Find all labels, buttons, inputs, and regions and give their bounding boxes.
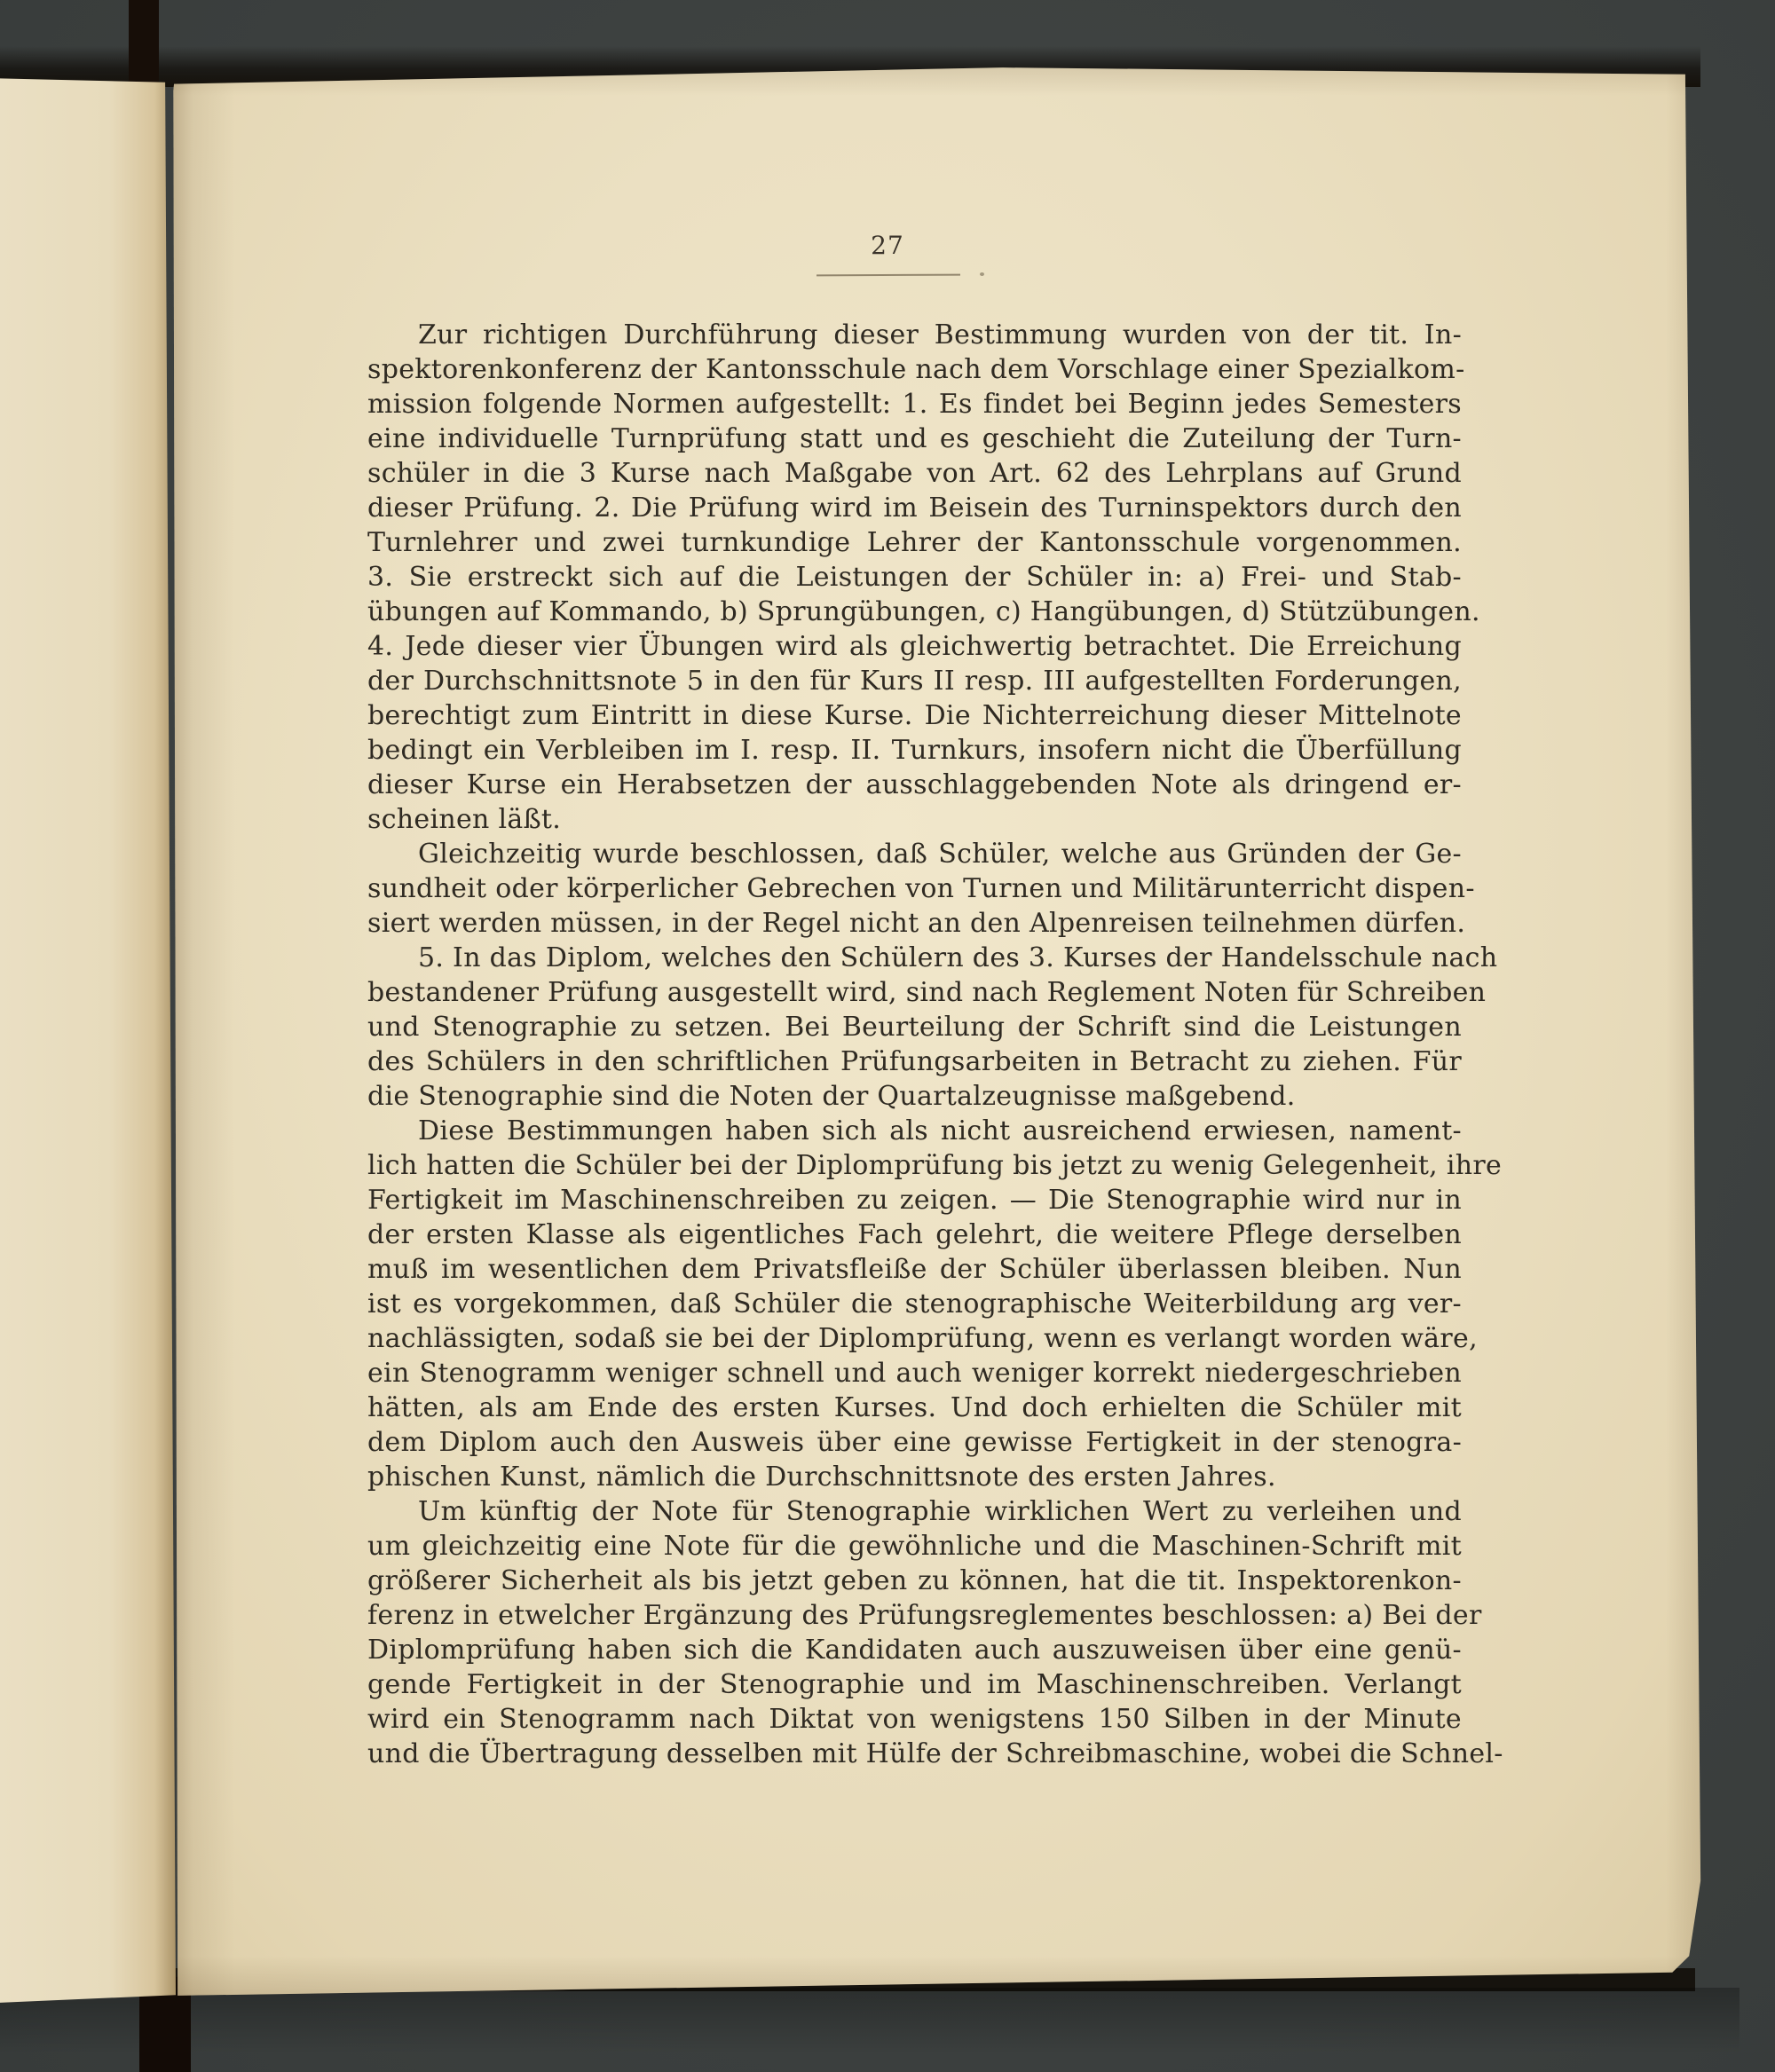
text-line: um gleichzeitig eine Note für die gewöhn… — [367, 1529, 1462, 1564]
facing-page-edge — [0, 75, 176, 2004]
text-line: nachlässigten, sodaß sie bei der Diplomp… — [367, 1321, 1462, 1356]
scan-background: 27 Zur richtigen Durchführung dieser Bes… — [0, 0, 1775, 2072]
ink-speck — [980, 272, 984, 276]
text-line: der ersten Klasse als eigentliches Fach … — [367, 1217, 1462, 1252]
text-line: siert werden müssen, in der Regel nicht … — [367, 906, 1462, 941]
ribbon-marker-icon — [129, 0, 159, 86]
text-line: dem Diplom auch den Ausweis über eine ge… — [367, 1425, 1462, 1460]
text-line: bestandener Prüfung ausgestellt wird, si… — [367, 975, 1462, 1010]
text-line: spektorenkonferenz der Kantonsschule nac… — [367, 352, 1462, 387]
text-line: Diese Bestimmungen haben sich als nicht … — [367, 1114, 1462, 1148]
text-line: Diplomprüfung haben sich die Kandidaten … — [367, 1633, 1462, 1667]
text-line: dieser Prüfung. 2. Die Prüfung wird im B… — [367, 491, 1462, 525]
text-line: eine individuelle Turnprüfung statt und … — [367, 421, 1462, 456]
text-line: wird ein Stenogramm nach Diktat von weni… — [367, 1702, 1462, 1737]
text-line: die Stenographie sind die Noten der Quar… — [367, 1079, 1462, 1114]
page-bottom-shadow — [0, 1988, 1739, 2054]
text-line: schüler in die 3 Kurse nach Maßgabe von … — [367, 456, 1462, 491]
text-line: berechtigt zum Eintritt in diese Kurse. … — [367, 698, 1462, 733]
text-line: scheinen läßt. — [367, 802, 1462, 837]
text-line: 3. Sie erstreckt sich auf die Leistungen… — [367, 560, 1462, 595]
text-line: gende Fertigkeit in der Stenographie und… — [367, 1667, 1462, 1702]
text-line: ferenz in etwelcher Ergänzung des Prüfun… — [367, 1598, 1462, 1633]
text-line: lich hatten die Schüler bei der Diplompr… — [367, 1148, 1462, 1183]
page-number: 27 — [799, 231, 976, 261]
text-line: sundheit oder körperlicher Gebrechen von… — [367, 871, 1462, 906]
text-line: Turnlehrer und zwei turnkundige Lehrer d… — [367, 525, 1462, 560]
text-block: Zur richtigen Durchführung dieser Bestim… — [367, 318, 1462, 1771]
text-line: der Durchschnittsnote 5 in den für Kurs … — [367, 664, 1462, 698]
text-line: phischen Kunst, nämlich die Durchschnitt… — [367, 1460, 1462, 1494]
text-line: übungen auf Kommando, b) Sprungübungen, … — [367, 595, 1462, 629]
text-line: des Schülers in den schriftlichen Prüfun… — [367, 1044, 1462, 1079]
text-line: mission folgende Normen aufgestellt: 1. … — [367, 387, 1462, 421]
text-line: größerer Sicherheit als bis jetzt geben … — [367, 1564, 1462, 1598]
text-line: Zur richtigen Durchführung dieser Bestim… — [367, 318, 1462, 352]
text-line: und Stenographie zu setzen. Bei Beurteil… — [367, 1010, 1462, 1044]
text-line: ist es vorgekommen, daß Schüler die sten… — [367, 1287, 1462, 1321]
text-line: Um künftig der Note für Stenographie wir… — [367, 1494, 1462, 1529]
text-line: Fertigkeit im Maschinenschreiben zu zeig… — [367, 1183, 1462, 1217]
text-line: 4. Jede dieser vier Übungen wird als gle… — [367, 629, 1462, 664]
text-line: dieser Kurse ein Herabsetzen der ausschl… — [367, 768, 1462, 802]
text-line: und die Übertragung desselben mit Hülfe … — [367, 1737, 1462, 1771]
text-line: hätten, als am Ende des ersten Kurses. U… — [367, 1391, 1462, 1425]
text-line: ein Stenogramm weniger schnell und auch … — [367, 1356, 1462, 1391]
text-line: Gleichzeitig wurde beschlossen, daß Schü… — [367, 837, 1462, 871]
text-line: 5. In das Diplom, welches den Schülern d… — [367, 941, 1462, 975]
text-line: bedingt ein Verbleiben im I. resp. II. T… — [367, 733, 1462, 768]
text-line: muß im wesentlichen dem Privatsfleiße de… — [367, 1252, 1462, 1287]
